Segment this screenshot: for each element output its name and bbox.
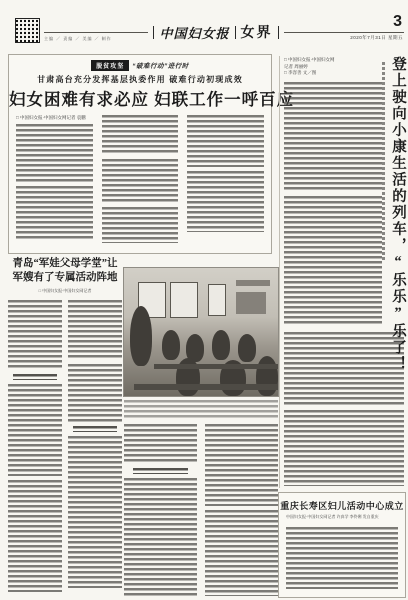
body-text-block bbox=[284, 332, 404, 406]
left-column-1 bbox=[8, 300, 62, 592]
photo-person bbox=[212, 330, 230, 360]
body-text-block bbox=[102, 159, 179, 203]
body-text-block bbox=[8, 300, 62, 370]
photo-person bbox=[256, 356, 278, 396]
series-tag-row: 脱贫攻坚 “破难行动”进行时 bbox=[9, 60, 271, 71]
body-text-block bbox=[284, 196, 382, 326]
body-text-block bbox=[102, 207, 179, 243]
body-text-block bbox=[68, 436, 122, 588]
left-article-headline: 青岛“军娃父母学堂”让 军嫂有了专属活动阵地 bbox=[8, 257, 122, 284]
series-tag-suffix: “破难行动”进行时 bbox=[132, 61, 189, 70]
qr-code-icon bbox=[16, 19, 39, 42]
lead-headline: 妇女困难有求必应 妇联工作一呼百应 bbox=[9, 86, 271, 110]
photo-desk bbox=[134, 384, 278, 390]
body-text-block bbox=[68, 364, 122, 422]
paper-name: 中国妇女报 bbox=[159, 23, 229, 42]
body-text-block bbox=[187, 115, 264, 167]
photo-desk bbox=[154, 364, 278, 369]
body-text-block bbox=[124, 424, 197, 464]
header-rule-right bbox=[284, 32, 404, 33]
date-line: 2020年7月31日 星期五 bbox=[350, 35, 403, 41]
left-column-2 bbox=[68, 300, 122, 588]
photo-wall-frame bbox=[170, 282, 198, 318]
masthead: 中国妇女报 女界 bbox=[148, 22, 284, 42]
body-text-block bbox=[205, 510, 278, 596]
body-text-block bbox=[187, 171, 264, 232]
photo-person bbox=[130, 306, 152, 366]
right-article-vertical-headline: 登上驶向小康生活的列车，“乐乐”乐了！ bbox=[388, 56, 408, 328]
photo-person bbox=[162, 330, 180, 360]
subhead-bar bbox=[13, 374, 56, 380]
body-text-block bbox=[8, 384, 62, 476]
body-text-block bbox=[124, 478, 197, 596]
body-text-block bbox=[286, 527, 398, 589]
right-article-credits: □ 中国妇女报·中国妇女网 记者 周丽婷 □ 李容善 文／图 bbox=[284, 57, 334, 77]
center-column-1 bbox=[124, 424, 197, 596]
lead-column-1: □ 中国妇女报·中国妇女网记者 袁鹏 bbox=[16, 115, 93, 246]
subhead-bar bbox=[73, 426, 116, 432]
masthead-divider-bar bbox=[235, 26, 236, 39]
page-number: 3 bbox=[393, 15, 402, 29]
center-column-2 bbox=[205, 424, 278, 596]
photo-wall-frame bbox=[208, 284, 226, 316]
body-text-block bbox=[16, 124, 93, 182]
lead-article-box: 脱贫攻坚 “破难行动”进行时 甘肃高台充分发挥基层执委作用 破难行动初现成效 妇… bbox=[8, 54, 272, 254]
article-photo bbox=[124, 268, 278, 396]
lead-body-columns: □ 中国妇女报·中国妇女网记者 袁鹏 bbox=[16, 115, 264, 246]
photo-caption bbox=[124, 400, 278, 419]
right-credit-line1: □ 中国妇女报·中国妇女网 bbox=[284, 57, 334, 64]
masthead-divider-bar bbox=[153, 26, 154, 39]
left-headline-line1: 青岛“军娃父母学堂”让 bbox=[8, 257, 122, 271]
body-text-block bbox=[102, 115, 179, 155]
newspaper-page: 主编 ／ 责编 ／ 美编 ／ 制作 中国妇女报 女界 3 2020年7月31日 … bbox=[0, 0, 408, 600]
bottom-right-article-box: 重庆长寿区妇儿活动中心成立 中国妇女报·中国妇女网记者 许真学 李伶俐 发自重庆 bbox=[278, 492, 406, 598]
left-article-byline: □ 中国妇女报·中国妇女网记者 bbox=[8, 288, 122, 294]
body-text-block bbox=[16, 186, 93, 241]
lead-column-2 bbox=[102, 115, 179, 246]
body-text-block bbox=[68, 300, 122, 360]
body-text-block bbox=[205, 424, 278, 506]
masthead-divider-bar bbox=[278, 26, 279, 39]
photo-person bbox=[238, 334, 256, 362]
lead-kicker: 甘肃高台充分发挥基层执委作用 破难行动初现成效 bbox=[9, 74, 271, 85]
subhead-bar bbox=[133, 468, 188, 474]
series-tag-label: 脱贫攻坚 bbox=[91, 60, 129, 71]
bottom-right-byline: 中国妇女报·中国妇女网记者 许真学 李伶俐 发自重庆 bbox=[286, 514, 398, 520]
right-credit-line3: □ 李容善 文／图 bbox=[284, 70, 334, 77]
section-name: 女界 bbox=[241, 22, 273, 42]
photo-wall-board bbox=[236, 292, 266, 314]
body-text-block bbox=[284, 82, 382, 192]
bottom-right-headline: 重庆长寿区妇儿活动中心成立 bbox=[279, 499, 405, 512]
header-rule-left bbox=[44, 32, 148, 33]
editor-credits: 主编 ／ 责编 ／ 美编 ／ 制作 bbox=[44, 36, 112, 42]
left-headline-line2: 军嫂有了专属活动阵地 bbox=[8, 271, 122, 285]
lead-column-3 bbox=[187, 115, 264, 246]
lead-byline: □ 中国妇女报·中国妇女网记者 袁鹏 bbox=[16, 115, 93, 121]
vertical-subtitle-text bbox=[382, 62, 385, 262]
body-text-block bbox=[284, 410, 404, 486]
photo-wall-banner bbox=[236, 280, 270, 286]
column-divider bbox=[279, 56, 280, 488]
body-text-block bbox=[8, 480, 62, 592]
